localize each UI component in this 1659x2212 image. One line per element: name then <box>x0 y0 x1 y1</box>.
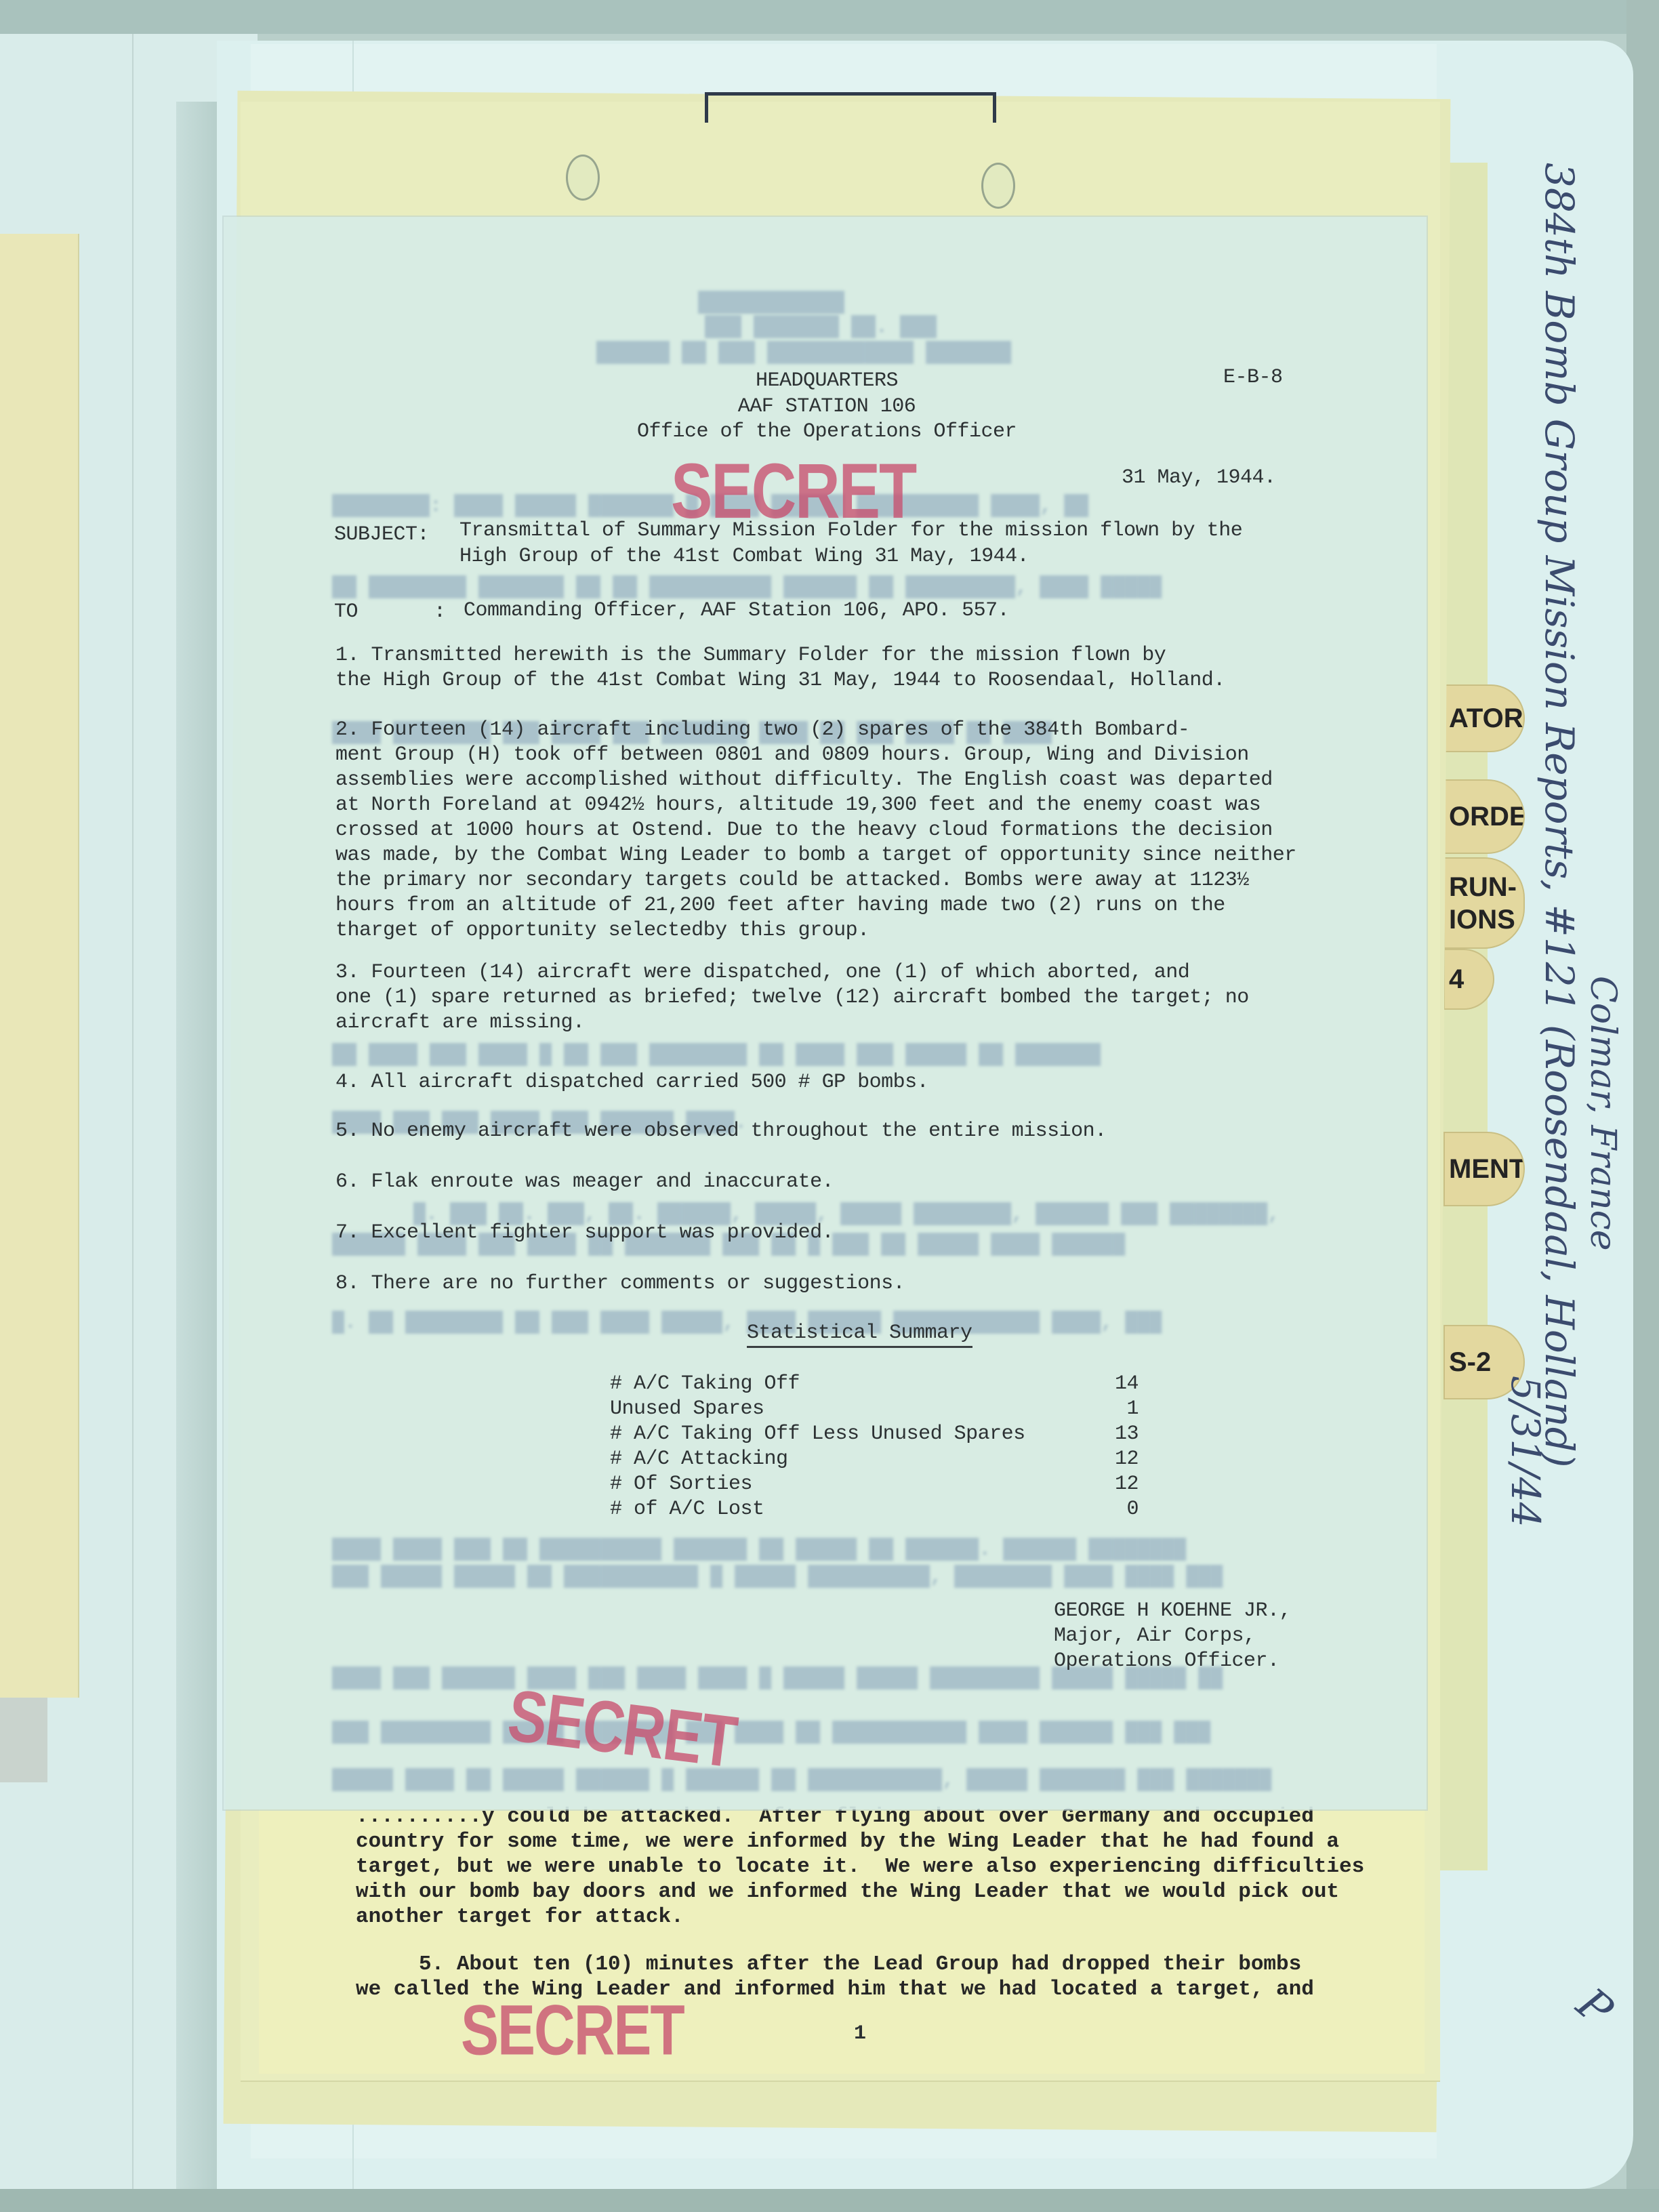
stat-label: Unused Spares <box>610 1397 764 1420</box>
page-number: 1 <box>854 2022 866 2045</box>
adjacent-manila-page <box>0 234 79 1698</box>
bleed-through-text: ██ ████ ███ ████ █ ██ ███ ████████ ██ ██… <box>332 1044 1101 1067</box>
adjacent-folder-edge <box>132 34 134 2189</box>
scan-surface-top <box>0 0 1659 34</box>
underlying-text-line: with our bomb bay doors and we informed … <box>356 1879 1372 1904</box>
paragraph-4-line: 4. All aircraft dispatched carried 500 #… <box>335 1071 928 1094</box>
paragraph-5-line: 5. No enemy aircraft were observed throu… <box>335 1120 1107 1143</box>
paragraph-2-line: was made, by the Combat Wing Leader to b… <box>335 844 1296 867</box>
subject-line: High Group of the 41st Combat Wing 31 Ma… <box>459 545 1029 568</box>
bleed-through-text: ████ ████ ███ ██ ██████████ ██████ ██ ██… <box>332 1538 1186 1561</box>
underlying-text-line: another target for attack. <box>356 1904 1372 1929</box>
to-label: TO <box>334 600 358 623</box>
letterhead-office: Office of the Operations Officer <box>610 420 1044 443</box>
signature-title: Operations Officer. <box>1054 1650 1279 1673</box>
paragraph-3-line: 3. Fourteen (14) aircraft were dispatche… <box>335 961 1189 984</box>
divider-tab[interactable]: ATOR <box>1443 684 1525 752</box>
stat-value: 1 <box>1126 1397 1139 1420</box>
stat-label: # A/C Attacking <box>610 1448 788 1471</box>
stat-value: 0 <box>1126 1498 1139 1521</box>
paragraph-8-line: 8. There are no further comments or sugg… <box>335 1272 905 1295</box>
tab-label: 4 <box>1449 966 1464 993</box>
signature-name: GEORGE H KOEHNE JR., <box>1054 1599 1291 1622</box>
bleed-through-text: ███ █████ █████ ██ ███████████ █ █████ █… <box>332 1565 1223 1589</box>
signature-rank: Major, Air Corps, <box>1054 1624 1256 1647</box>
divider-tab[interactable]: ORDER <box>1443 779 1525 854</box>
stat-label: # A/C Taking Off <box>610 1372 800 1395</box>
paragraph-2-line: assemblies were accomplished without dif… <box>335 769 1273 792</box>
folder-shadow <box>176 102 217 2189</box>
stat-value: 12 <box>1115 1448 1139 1471</box>
bleed-through-text: ██████ ██ ███ ████████████ ███████ <box>596 342 1011 365</box>
underlying-text-line: target, but we were unable to locate it.… <box>356 1854 1372 1879</box>
file-code: E-B-8 <box>1223 366 1283 389</box>
divider-tab[interactable]: MENT <box>1443 1132 1525 1206</box>
underlying-text-line: country for some time, we were informed … <box>356 1829 1372 1854</box>
tab-label: ATOR <box>1449 705 1523 732</box>
letterhead-station: AAF STATION 106 <box>691 395 962 418</box>
paragraph-2-line: crossed at 1000 hours at Ostend. Due to … <box>335 819 1273 842</box>
handwritten-location: Colmar, France <box>1582 976 1623 1251</box>
handwritten-date: 5/31/44 <box>1502 1376 1549 1528</box>
subject-line: Transmittal of Summary Mission Folder fo… <box>459 519 1242 542</box>
paragraph-2-line: 2. Fourteen (14) aircraft including two … <box>335 718 1189 741</box>
paragraph-2-line: ment Group (H) took off between 0801 and… <box>335 743 1249 766</box>
stat-row: # of A/C Lost0 <box>610 1498 1139 1523</box>
stat-row: Unused Spares1 <box>610 1397 1139 1422</box>
stat-label: # of A/C Lost <box>610 1498 764 1521</box>
stat-row: # A/C Taking Off Less Unused Spares13 <box>610 1422 1139 1448</box>
punch-hole <box>566 155 600 201</box>
secret-stamp-lower: SECRET <box>461 1989 684 2071</box>
tab-label: IONS <box>1449 906 1515 933</box>
letterhead-headquarters: HEADQUARTERS <box>691 369 962 392</box>
stat-label: # A/C Taking Off Less Unused Spares <box>610 1422 1025 1446</box>
bleed-through-text: ███ ███████ ██. ███ <box>705 316 937 339</box>
handwritten-folder-label: 384th Bomb Group Mission Reports, #121 (… <box>1536 163 1582 1468</box>
bleed-through-text: ████████████ <box>698 291 844 314</box>
paragraph-2-line: at North Foreland at 0942½ hours, altitu… <box>335 794 1261 817</box>
tab-label: ORDER <box>1449 803 1525 830</box>
bleed-through-text: ███ █████████ █████ ████████ ███ ████ ██… <box>332 1721 1210 1744</box>
underlying-paragraph-5: 5. About ten (10) minutes after the Lead… <box>356 1952 1301 1977</box>
paragraph-2-line: tharget of opportunity selectedby this g… <box>335 919 869 942</box>
paragraph-3-line: aircraft are missing. <box>335 1011 585 1034</box>
paragraph-1-line: 1. Transmitted herewith is the Summary F… <box>335 644 1166 667</box>
paragraph-2-line: hours from an altitude of 21,200 feet af… <box>335 894 1225 917</box>
statistical-summary-title: Statistical Summary <box>747 1322 972 1348</box>
binder-clip <box>705 92 996 123</box>
stat-value: 13 <box>1115 1422 1139 1446</box>
scan-surface-bottom <box>0 2189 1659 2212</box>
stat-row: # Of Sorties12 <box>610 1473 1139 1498</box>
stat-label: # Of Sorties <box>610 1473 752 1496</box>
tab-label: RUN- <box>1449 874 1517 901</box>
paragraph-6-line: 6. Flak enroute was meager and inaccurat… <box>335 1170 834 1193</box>
stat-value: 12 <box>1115 1473 1139 1496</box>
paragraph-7-line: 7. Excellent fighter support was provide… <box>335 1221 834 1244</box>
paragraph-3-line: one (1) spare returned as briefed; twelv… <box>335 986 1249 1009</box>
bleed-through-text: ██ ████████ ███████ ██ ██ ██████████ ███… <box>332 576 1162 599</box>
paragraph-1-line: the High Group of the 41st Combat Wing 3… <box>335 669 1225 692</box>
tab-label: MENT <box>1449 1155 1525 1183</box>
divider-tab[interactable]: RUN- IONS <box>1443 857 1525 949</box>
stat-row: # A/C Attacking12 <box>610 1448 1139 1473</box>
paragraph-2-line: the primary nor secondary targets could … <box>335 869 1249 892</box>
adjacent-gray-sheet <box>0 1698 47 1782</box>
subject-label: SUBJECT: <box>334 523 429 546</box>
stat-value: 14 <box>1115 1372 1139 1395</box>
bleed-through-text: █████ ████ ██ █████ ██████ █ ██████ ██ █… <box>332 1769 1271 1792</box>
to-separator: : <box>434 600 446 623</box>
tab-label: S-2 <box>1449 1349 1491 1376</box>
punch-hole <box>981 163 1015 209</box>
to-recipient: Commanding Officer, AAF Station 106, APO… <box>464 599 1009 622</box>
memo-date: 31 May, 1944. <box>1122 466 1276 489</box>
stat-row: # A/C Taking Off14 <box>610 1372 1139 1397</box>
